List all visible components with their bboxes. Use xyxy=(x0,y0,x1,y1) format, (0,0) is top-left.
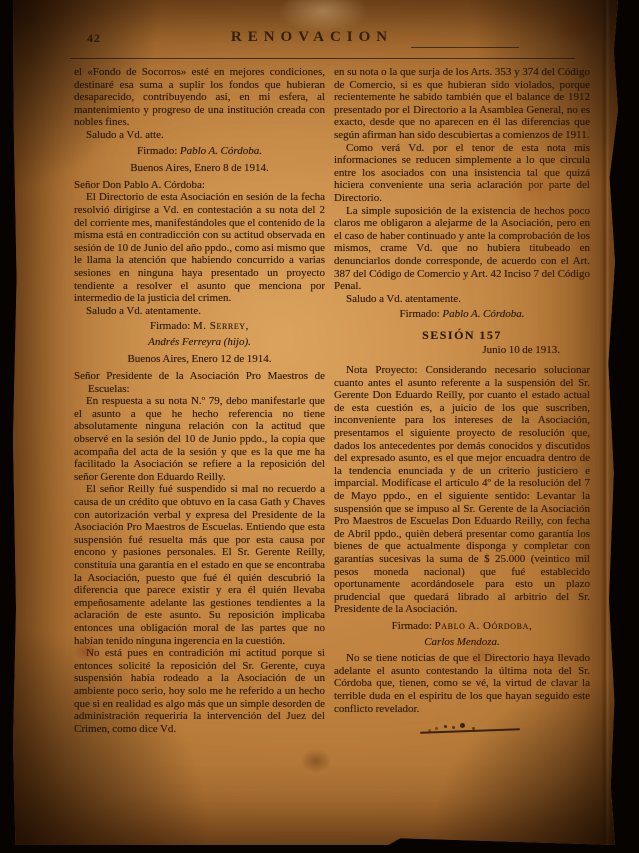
signature-name: Pablo A. Córdoba. xyxy=(442,308,524,320)
paragraph: el «Fondo de Socorros» esté en mejores c… xyxy=(74,66,325,129)
signature-name: Pablo A. Córdoba. xyxy=(180,145,262,157)
paragraph: El señor Reilly fué suspendido si mal no… xyxy=(74,483,325,647)
paragraph: El Directorio de esta Asociación en sesi… xyxy=(74,191,325,304)
paragraph: En respuesta a su nota N.º 79, debo mani… xyxy=(74,395,325,483)
masthead-title: RENOVACION xyxy=(73,29,551,46)
page-header: 42 RENOVACION xyxy=(73,28,591,62)
salutation: Señor Presidente de la Asociación Pro Ma… xyxy=(74,370,325,395)
signature-name: M. Serrey, xyxy=(193,320,249,332)
signature-label: Firmado: xyxy=(137,145,177,157)
signature-line: Firmado: M. Serrey, xyxy=(74,320,325,333)
signature-name: Pablo A. Oórdoba, xyxy=(435,620,533,632)
paragraph: Saludo a Vd. atentamente. xyxy=(74,305,325,318)
signature-line: Carlos Mendoza. xyxy=(334,636,590,649)
signature-line: Firmado: Pablo A. Córdoba. xyxy=(74,145,325,158)
dateline: Buenos Aires, Enero 12 de 1914. xyxy=(74,353,325,366)
header-rule-short xyxy=(411,47,519,48)
paragraph: Como verá Vd. por el tenor de esta nota … xyxy=(334,142,590,205)
signature-label: Firmado: xyxy=(399,308,439,320)
signature-name: Carlos Mendoza. xyxy=(424,636,500,648)
dateline: Buenos Aires, Enero 8 de 1914. xyxy=(74,162,325,175)
session-date: Junio 10 de 1913. xyxy=(334,344,590,357)
right-column: en su nota o la que surja de los Arts. 3… xyxy=(334,66,590,734)
paragraph: No está pues en contradición mi actitud … xyxy=(74,647,325,735)
paragraph: Saludo a Vd. atentamente. xyxy=(334,293,590,306)
signature-name: Andrés Ferreyra (hijo). xyxy=(148,336,251,348)
paragraph: en su nota o la que surja de los Arts. 3… xyxy=(334,66,590,142)
signature-line: Firmado: Pablo A. Oórdoba, xyxy=(334,620,590,633)
paragraph: Nota Proyecto: Considerando necesario so… xyxy=(334,364,590,616)
signature-label: Firmado: xyxy=(392,620,432,632)
scanned-page: 42 RENOVACION el «Fondo de Socorros» est… xyxy=(13,0,618,845)
ink-flourish-ornament-icon xyxy=(420,724,520,734)
section-heading: SESIÓN 157 xyxy=(334,329,590,342)
page-fold-crease xyxy=(601,0,610,845)
header-rule-long xyxy=(70,58,575,59)
paper-stain xyxy=(299,748,333,774)
paragraph: No se tiene noticias de que el Directori… xyxy=(334,652,590,715)
signature-line: Andrés Ferreyra (hijo). xyxy=(74,336,325,349)
paragraph: La simple suposición de la existencia de… xyxy=(334,205,590,293)
signature-line: Firmado: Pablo A. Córdoba. xyxy=(334,308,590,321)
page-edge-tear xyxy=(395,844,520,853)
signature-label: Firmado: xyxy=(150,320,190,332)
salutation: Señor Don Pablo A. Córdoba: xyxy=(74,179,325,192)
paragraph: Saludo a Vd. atte. xyxy=(74,129,325,142)
left-column: el «Fondo de Socorros» esté en mejores c… xyxy=(74,66,325,735)
